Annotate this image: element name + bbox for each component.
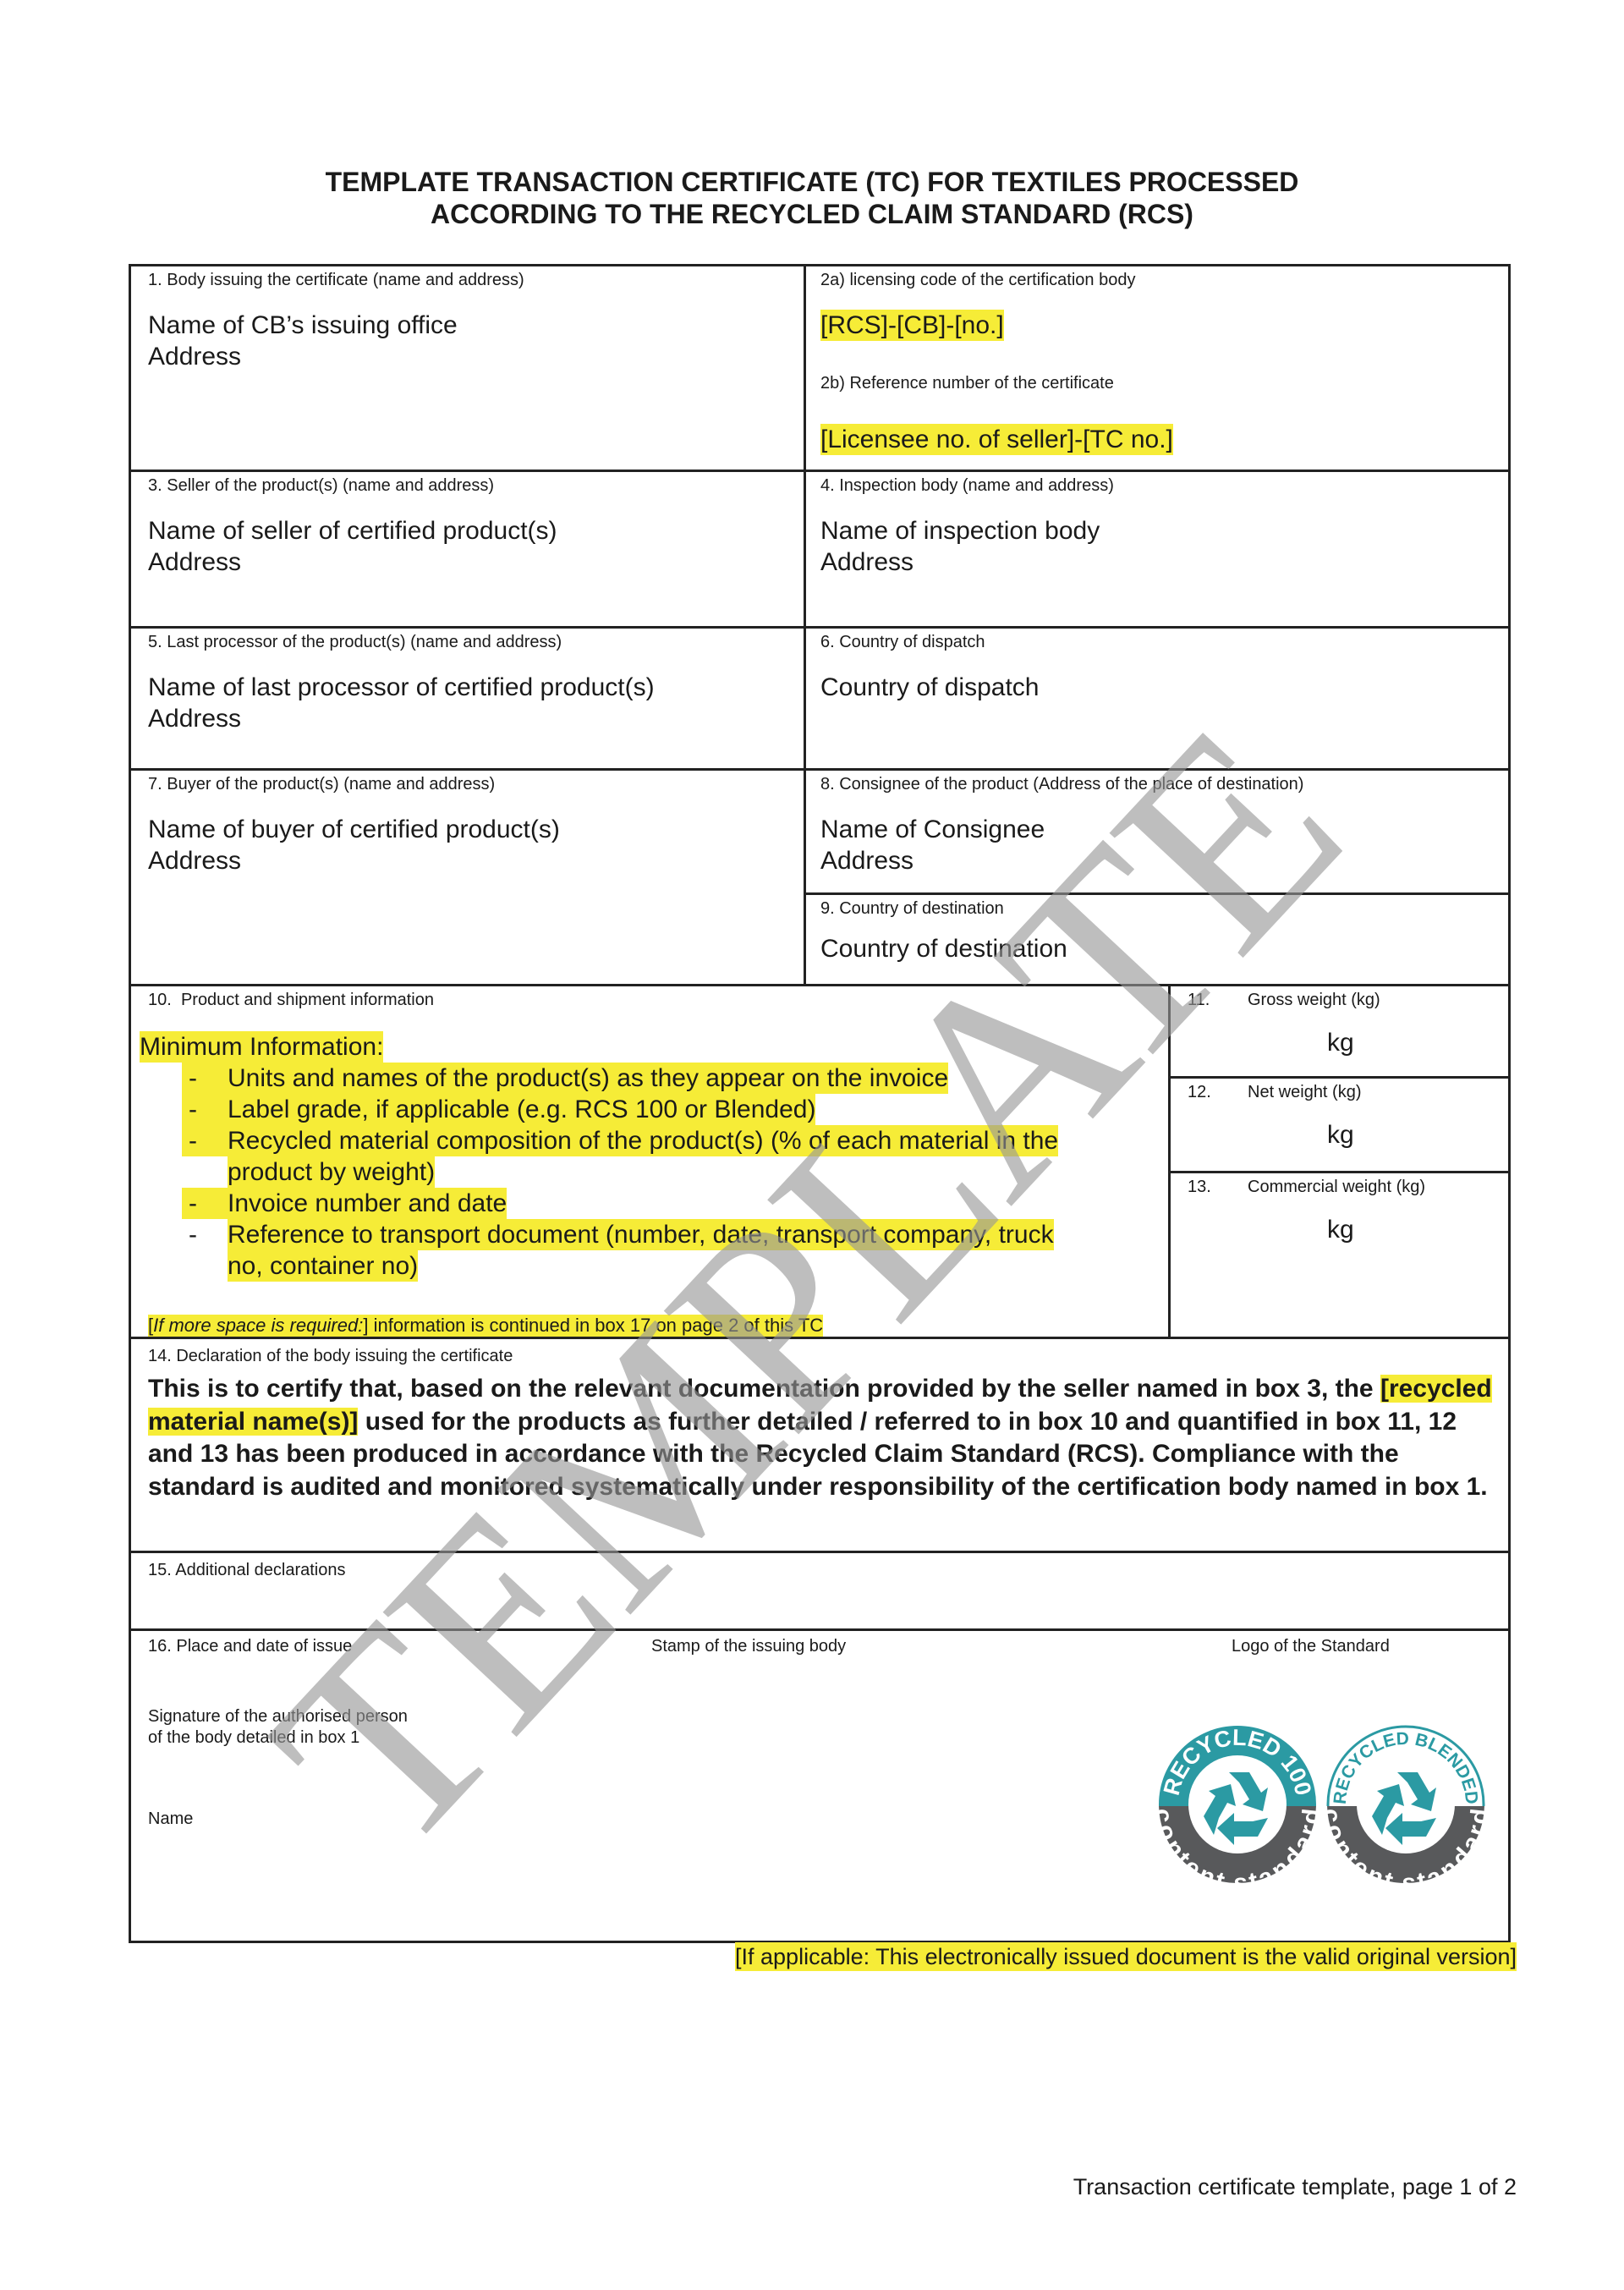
box-2-licensing: 2a) licensing code of the certification … [804,266,1511,472]
box-14-declaration: 14. Declaration of the body issuing the … [131,1337,1508,1553]
box-1-address[interactable]: Address [148,341,241,372]
bullet-text[interactable]: Units and names of the product(s) as the… [228,1063,948,1094]
box-7-name[interactable]: Name of buyer of certified product(s) [148,814,560,845]
box-9-country-of-destination: 9. Country of destination Country of des… [804,892,1511,986]
box-11-label: Gross weight (kg) [1248,990,1380,1010]
continuation-note-italic: If more space is required: [153,1315,363,1336]
box-3-label: 3. Seller of the product(s) (name and ad… [148,475,494,496]
box-8-address[interactable]: Address [820,845,913,876]
bullet-text[interactable]: Reference to transport document (number,… [228,1219,1054,1250]
bullet-dash: - [182,1094,228,1125]
box-13-number: 13. [1188,1177,1211,1197]
recycled-blended-logo: RECYCLED BLENDED content standard [1325,1724,1486,1885]
continuation-note[interactable]: [If more space is required:] information… [148,1315,823,1337]
box-11-number: 11. [1188,990,1210,1010]
box-4-inspection-body: 4. Inspection body (name and address) Na… [804,470,1511,629]
bullet-text[interactable]: product by weight) [228,1156,435,1188]
declaration-text: This is to certify that, based on the re… [148,1373,1501,1503]
box-4-address[interactable]: Address [820,546,913,578]
box-5-label: 5. Last processor of the product(s) (nam… [148,632,562,652]
box-12-unit[interactable]: kg [1327,1119,1354,1150]
signature-label-line-1: Signature of the authorised person [148,1706,408,1727]
bullet-dash: - [182,1125,228,1156]
box-15-additional-declarations: 15. Additional declarations [131,1551,1508,1631]
document-title: TEMPLATE TRANSACTION CERTIFICATE (TC) FO… [0,166,1624,230]
box-7-address[interactable]: Address [148,845,241,876]
bullet-text[interactable]: Label grade, if applicable (e.g. RCS 100… [228,1094,815,1125]
box-16-label: 16. Place and date of issue [148,1636,352,1656]
box-14-label: 14. Declaration of the body issuing the … [148,1346,513,1366]
stamp-label: Stamp of the issuing body [651,1636,846,1656]
box-13-unit[interactable]: kg [1327,1214,1354,1245]
box-5-address[interactable]: Address [148,703,241,734]
box-8-name[interactable]: Name of Consignee [820,814,1045,845]
box-9-label: 9. Country of destination [820,898,1004,919]
recycled-100-logo: RECYCLED 100 content standard [1157,1724,1318,1885]
box-12-label: Net weight (kg) [1248,1082,1362,1102]
box-10-product-info: 10. Product and shipment information Min… [131,984,1168,1339]
bullet-text[interactable]: no, container no) [228,1250,418,1282]
bullet-text[interactable]: Recycled material composition of the pro… [228,1125,1058,1156]
title-line-2: ACCORDING TO THE RECYCLED CLAIM STANDARD… [0,198,1624,230]
bullet-dash: - [182,1188,228,1219]
box-4-name[interactable]: Name of inspection body [820,515,1100,546]
box-1-name[interactable]: Name of CB’s issuing office [148,310,458,341]
bullet-dash: - [182,1219,228,1250]
bullet-text[interactable]: Invoice number and date [228,1188,507,1219]
box-2a-value[interactable]: [RCS]-[CB]-[no.] [820,310,1004,341]
page-footer: Transaction certificate template, page 1… [1073,2174,1517,2200]
box-3-name[interactable]: Name of seller of certified product(s) [148,515,557,546]
box-10-title: Product and shipment information [181,991,434,1009]
declaration-text-start: This is to certify that, based on the re… [148,1375,1380,1403]
recycled-100-logo-graphic: RECYCLED 100 content standard [1157,1724,1318,1885]
logo-label: Logo of the Standard [1232,1636,1390,1656]
box-12-number: 12. [1188,1082,1211,1102]
box-12-net-weight: 12. Net weight (kg) kg [1168,1076,1511,1171]
box-10-number: 10. [148,991,172,1009]
box-2b-label: 2b) Reference number of the certificate [820,373,1114,393]
box-11-unit[interactable]: kg [1327,1027,1354,1058]
name-label: Name [148,1809,193,1829]
box-8-consignee: 8. Consignee of the product (Address of … [804,768,1511,892]
box-4-label: 4. Inspection body (name and address) [820,475,1114,496]
box-10-label: 10. Product and shipment information [148,990,434,1010]
box-2b-value[interactable]: [Licensee no. of seller]-[TC no.] [820,424,1173,455]
box-3-address[interactable]: Address [148,546,241,578]
box-6-label: 6. Country of dispatch [820,632,985,652]
box-2a-label: 2a) licensing code of the certification … [820,270,1135,290]
certificate-table: 1. Body issuing the certificate (name an… [129,264,1511,1943]
recycled-blended-logo-graphic: RECYCLED BLENDED content standard [1325,1724,1486,1885]
box-3-seller: 3. Seller of the product(s) (name and ad… [131,470,804,629]
box-11-gross-weight: 11. Gross weight (kg) kg [1168,984,1511,1079]
continuation-note-text: ] information is continued in box 17 on … [363,1315,823,1336]
signature-label-line-2: of the body detailed in box 1 [148,1727,359,1748]
box-6-country-of-dispatch: 6. Country of dispatch Country of dispat… [804,626,1511,771]
box-1-label: 1. Body issuing the certificate (name an… [148,270,524,290]
box-13-label: Commercial weight (kg) [1248,1177,1425,1197]
title-line-1: TEMPLATE TRANSACTION CERTIFICATE (TC) FO… [0,166,1624,198]
electronic-original-note[interactable]: [If applicable: This electronically issu… [735,1942,1517,1971]
bullet-dash: - [182,1063,228,1094]
box-7-buyer: 7. Buyer of the product(s) (name and add… [131,768,804,986]
box-8-label: 8. Consignee of the product (Address of … [820,774,1303,794]
box-7-label: 7. Buyer of the product(s) (name and add… [148,774,495,794]
box-6-value[interactable]: Country of dispatch [820,672,1039,703]
box-9-value[interactable]: Country of destination [820,933,1067,964]
minimum-information-header[interactable]: Minimum Information: [140,1031,383,1063]
box-16-issue: 16. Place and date of issue Stamp of the… [131,1628,1508,1943]
box-5-last-processor: 5. Last processor of the product(s) (nam… [131,626,804,771]
box-15-label: 15. Additional declarations [148,1560,346,1580]
box-13-commercial-weight: 13. Commercial weight (kg) kg [1168,1171,1511,1339]
box-5-name[interactable]: Name of last processor of certified prod… [148,672,655,703]
box-1-issuing-body: 1. Body issuing the certificate (name an… [131,266,804,472]
